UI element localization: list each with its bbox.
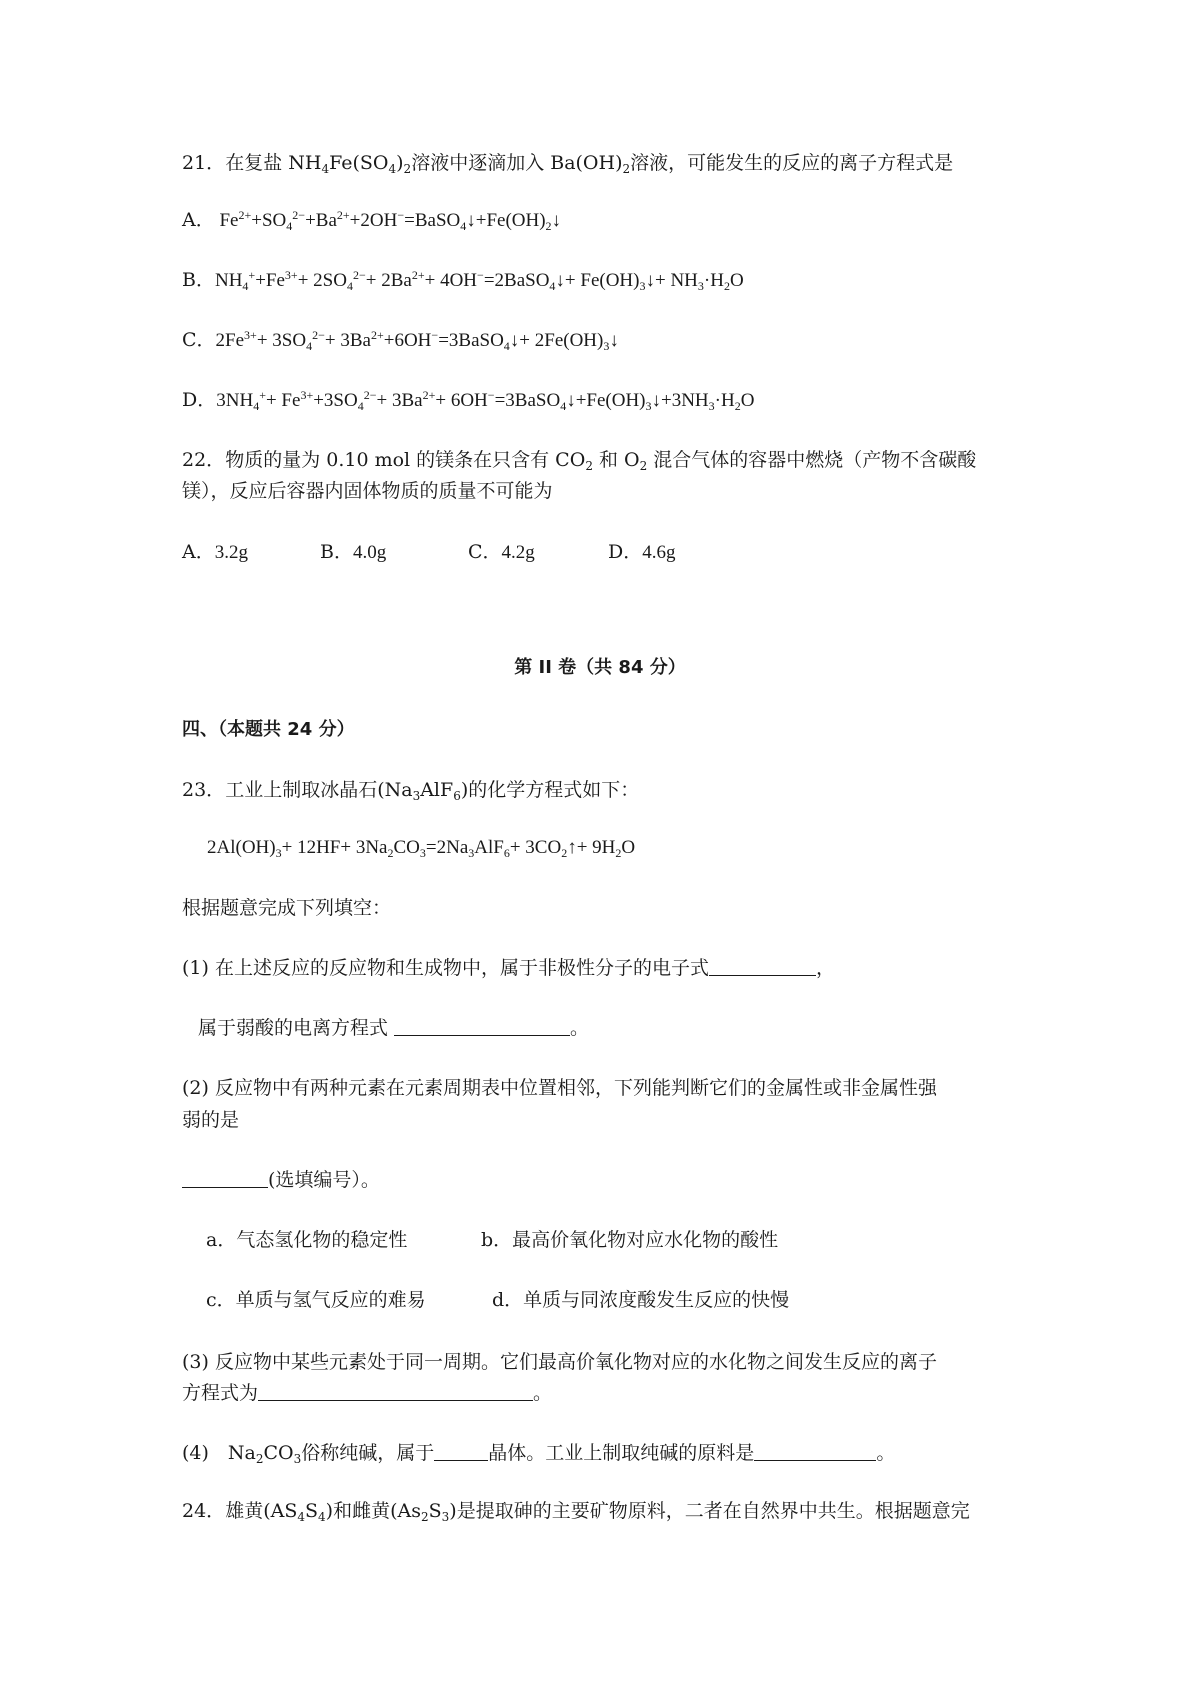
answer-blank[interactable] <box>394 1017 570 1036</box>
q22-choice-d: D．4.6g <box>608 540 675 565</box>
q23-instruction: 根据题意完成下列填空： <box>182 896 391 920</box>
answer-blank[interactable] <box>182 1169 268 1188</box>
q23-sub2-options-cd: c．单质与氢气反应的难易 d．单质与同浓度酸发生反应的快慢 <box>206 1288 906 1312</box>
q22-choice-a: A．3.2g <box>182 540 248 565</box>
q24-stem: 24．雄黄(AS4S4)和雌黄(As2S3)是提取砷的主要矿物原料，二者在自然界… <box>182 1499 970 1523</box>
q23-option-b: b．最高价氧化物对应水化物的酸性 <box>481 1228 778 1252</box>
q21-number: 21． <box>182 152 225 174</box>
q21-option-a: A． Fe2++SO42−+Ba2++2OH−=BaSO4↓+Fe(OH)2↓ <box>182 208 561 233</box>
q23-option-d: d．单质与同浓度酸发生反应的快慢 <box>492 1288 789 1312</box>
q22-stem-line1: 22．物质的量为 0.10 mol 的镁条在只含有 CO2 和 O2 混合气体的… <box>182 448 976 472</box>
formula: NH4Fe(SO4)2 <box>288 152 411 174</box>
q21-stem: 21．在复盐 NH4Fe(SO4)2溶液中逐滴加入 Ba(OH)2溶液，可能发生… <box>182 151 953 175</box>
q23-number: 23． <box>182 779 225 801</box>
q23-sub2-line3: (选填编号）。 <box>182 1168 380 1192</box>
q23-option-a: a．气态氢化物的稳定性 <box>206 1228 407 1252</box>
q23-stem: 23．工业上制取冰晶石(Na3AlF6)的化学方程式如下： <box>182 778 639 802</box>
section-four-heading: 四、（本题共 24 分） <box>182 718 355 742</box>
q23-option-c: c．单质与氢气反应的难易 <box>206 1288 426 1312</box>
q23-sub2-line1: (2) 反应物中有两种元素在元素周期表中位置相邻，下列能判断它们的金属性或非金属… <box>182 1076 937 1100</box>
part2-title: 第 II 卷（共 84 分） <box>0 656 1200 680</box>
answer-blank[interactable] <box>709 957 816 976</box>
q23-sub3-line1: (3) 反应物中某些元素处于同一周期。它们最高价氧化物对应的水化物之间发生反应的… <box>182 1350 937 1374</box>
q23-equation: 2Al(OH)3+ 12HF+ 3Na2CO3=2Na3AlF6+ 3CO2↑+… <box>207 836 635 860</box>
q22-stem-line2: 镁），反应后容器内固体物质的质量不可能为 <box>182 479 553 503</box>
answer-blank[interactable] <box>754 1442 876 1461</box>
q23-sub1-line2: 属于弱酸的电离方程式 。 <box>198 1016 589 1040</box>
q23-sub3-line2: 方程式为。 <box>182 1381 552 1405</box>
q22-choice-c: C．4.2g <box>468 540 535 565</box>
q23-sub1-line1: (1) 在上述反应的反应物和生成物中，属于非极性分子的电子式， <box>182 956 835 980</box>
q22-choice-b: B．4.0g <box>320 540 386 565</box>
q21-option-d: D．3NH4++ Fe3++3SO42−+ 3Ba2++ 6OH−=3BaSO4… <box>182 388 754 413</box>
q22-choices: A．3.2g B．4.0g C．4.2g D．4.6g <box>182 540 982 564</box>
q21-option-c: C．2Fe3++ 3SO42−+ 3Ba2++6OH−=3BaSO4↓+ 2Fe… <box>182 328 619 353</box>
formula: Na2CO3 <box>228 1442 301 1464</box>
formula: Ba(OH)2 <box>550 152 630 174</box>
q23-sub4: (4) Na2CO3俗称纯碱，属于晶体。工业上制取纯碱的原料是。 <box>182 1441 895 1465</box>
q21-option-b: B．NH4++Fe3++ 2SO42−+ 2Ba2++ 4OH−=2BaSO4↓… <box>182 268 744 293</box>
q23-sub2-options-ab: a．气态氢化物的稳定性 b．最高价氧化物对应水化物的酸性 <box>206 1228 906 1252</box>
q23-sub2-line2: 弱的是 <box>182 1108 239 1132</box>
q24-number: 24． <box>182 1500 225 1522</box>
answer-blank[interactable] <box>434 1442 488 1461</box>
q22-number: 22． <box>182 449 225 471</box>
answer-blank[interactable] <box>258 1382 533 1401</box>
